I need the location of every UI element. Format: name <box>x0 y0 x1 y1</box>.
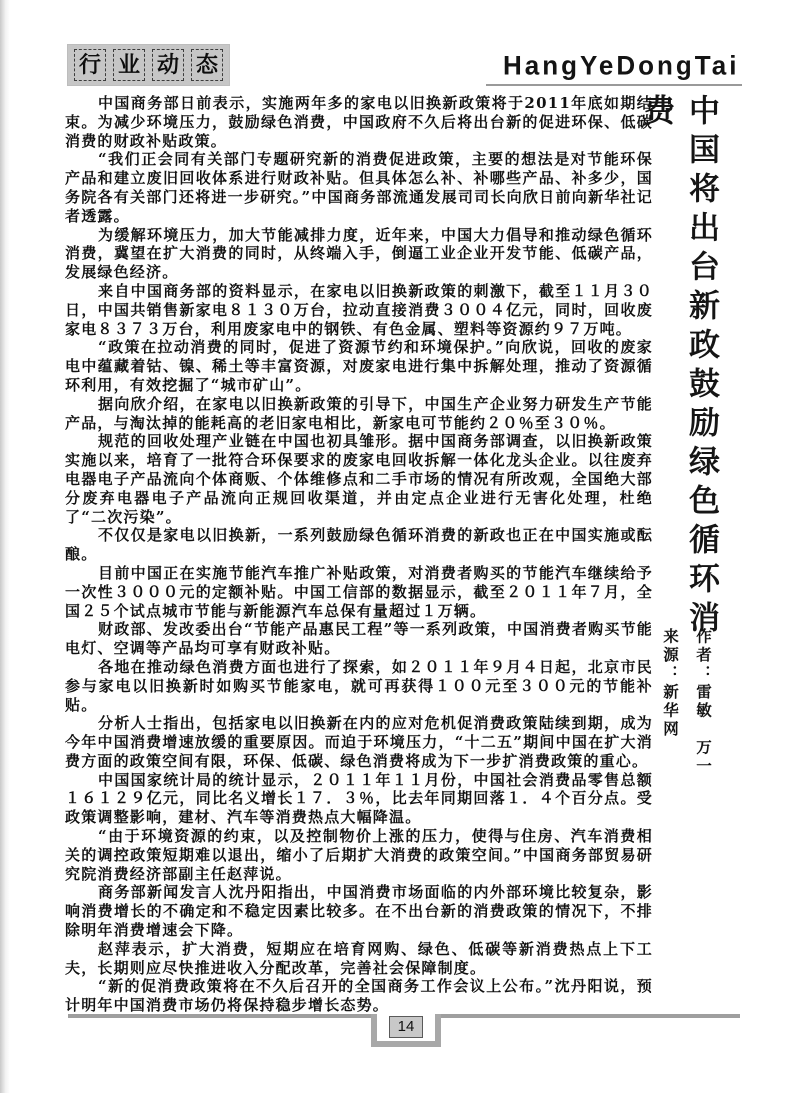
section-badge-char: 行 <box>74 49 106 81</box>
romanized-section-title: HangYeDongTai <box>503 49 739 81</box>
paragraph: 规范的回收处理产业链在中国也初具雏形。据中国商务部调查，以旧换新政策实施以来，培… <box>65 432 653 526</box>
paragraph: 中国国家统计局的统计显示，２０１１年１１月份，中国社会消费品零售总额１６１２９亿… <box>65 771 653 827</box>
paragraph: 商务部新闻发言人沈丹阳指出，中国消费市场面临的内外部环境比较复杂，影响消费增长的… <box>65 883 653 939</box>
byline: 作者：雷敏 万一 来源：新华网 <box>652 628 714 798</box>
page-number: 14 <box>389 1016 424 1038</box>
section-badge-char: 业 <box>113 49 145 81</box>
paragraph: 中国商务部日前表示，实施两年多的家电以旧换新政策将于2011年底如期结束。为减少… <box>65 94 653 150</box>
paragraph: “由于环境资源的约束，以及控制物价上涨的压力，使得与住房、汽车消费相关的调控政策… <box>65 827 653 883</box>
section-badge-char: 态 <box>191 49 223 81</box>
author-line: 作者：雷敏 万一 <box>692 628 714 798</box>
paragraph: 各地在推动绿色消费方面也进行了探索，如２０１１年９月４日起，北京市民参与家电以旧… <box>65 658 653 714</box>
paragraph: 据向欣介绍，在家电以旧换新政策的引导下，中国生产企业努力研发生产节能产品，与淘汰… <box>65 395 653 433</box>
article-body: 中国商务部日前表示，实施两年多的家电以旧换新政策将于2011年底如期结束。为减少… <box>65 94 653 1015</box>
section-badge-char: 动 <box>152 49 184 81</box>
vertical-article-title: 中国将出台新政鼓励绿色循环消费 <box>666 94 724 654</box>
paragraph: 赵萍表示，扩大消费，短期应在培育网购、绿色、低碳等新消费热点上下工夫，长期则应尽… <box>65 940 653 978</box>
paragraph: 不仅仅是家电以旧换新，一系列鼓励绿色循环消费的新政也正在中国实施或酝酿。 <box>65 526 653 564</box>
page-number-box: 14 <box>371 1014 441 1047</box>
paragraph: 财政部、发改委出台“节能产品惠民工程”等一系列政策，中国消费者购买节能电灯、空调… <box>65 620 653 658</box>
paragraph: 目前中国正在实施节能汽车推广补贴政策，对消费者购买的节能汽车继续给予一次性３００… <box>65 564 653 620</box>
section-badge: 行 业 动 态 <box>68 45 229 85</box>
paragraph: “新的促消费政策将在不久后召开的全国商务工作会议上公布。”沈丹阳说，预计明年中国… <box>65 977 653 1015</box>
header-underline <box>486 84 742 86</box>
paragraph: 来自中国商务部的资料显示，在家电以旧换新政策的刺激下，截至１１月３０日，中国共销… <box>65 282 653 338</box>
scan-edge-shading <box>0 0 10 1093</box>
paragraph: 为缓解环境压力，加大节能减排力度，近年来，中国大力倡导和推动绿色循环消费，冀望在… <box>65 226 653 282</box>
paragraph: “我们正会同有关部门专题研究新的消费促进政策，主要的想法是对节能环保产品和建立废… <box>65 150 653 225</box>
paragraph: “政策在拉动消费的同时，促进了资源节约和环境保护。”向欣说，回收的废家电中蕴藏着… <box>65 338 653 394</box>
paragraph: 分析人士指出，包括家电以旧换新在内的应对危机促消费政策陆续到期，成为今年中国消费… <box>65 714 653 770</box>
source-line: 来源：新华网 <box>659 628 681 798</box>
